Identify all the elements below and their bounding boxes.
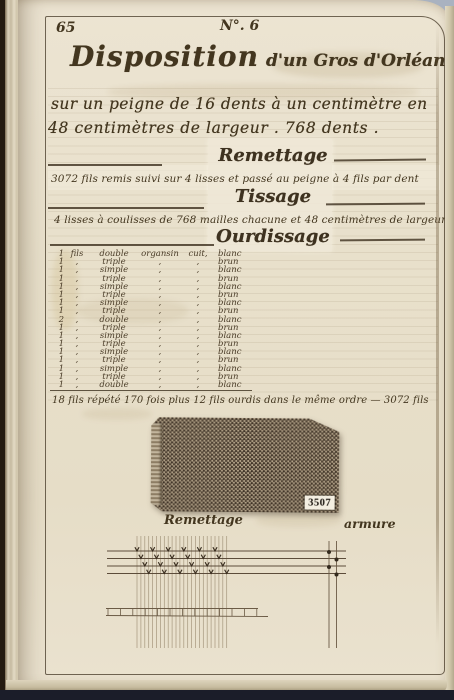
section-heading-remettage: Remettage	[168, 145, 378, 166]
warp-table: 1filsdoubleorgansincuit,blanc1,triple,,b…	[54, 250, 256, 389]
armure-mark	[335, 573, 339, 577]
divider-rule	[50, 244, 214, 246]
fabric-swatch-weave: 3507	[151, 417, 340, 513]
table-cell: blanc	[214, 381, 256, 389]
remettage-text: 3072 fils remis suivi sur 4 lisses et pa…	[51, 173, 419, 185]
page-title-rest: d'un Gros d'Orléan	[266, 51, 446, 71]
table-cell: ,	[182, 381, 214, 389]
divider-rule	[48, 164, 162, 166]
plate-number: N°. 6	[220, 18, 259, 34]
reed-bottom-line	[106, 616, 268, 617]
divider-rule	[48, 207, 204, 209]
page-title-lead: Disposition	[70, 40, 259, 73]
table-cell: 1	[54, 381, 64, 389]
fabric-swatch: 3507	[151, 417, 340, 513]
draft-diagram-svg	[18, 530, 454, 662]
page-edges-right	[445, 6, 454, 694]
table-cell: ,	[64, 381, 90, 389]
table-cell: double	[90, 381, 138, 389]
page-seam-right	[436, 24, 439, 644]
book-cover-bottom	[0, 690, 454, 700]
subtitle-line-2: 48 centimètres de largeur . 768 dents .	[48, 119, 379, 137]
table-cell: ,	[138, 381, 182, 389]
armure-mark	[327, 565, 331, 569]
diagram-label-armure: armure	[344, 516, 396, 531]
armure-mark	[327, 550, 331, 554]
warp-summary-line: 18 fils répété 170 fois plus 12 fils our…	[52, 395, 429, 406]
manuscript-page: 65 N°. 6 Dispositiond'un Gros d'Orléan s…	[18, 0, 448, 690]
sample-number-tag: 3507	[305, 496, 335, 510]
armure-mark	[335, 558, 339, 562]
table-row: 1,double,,blanc	[54, 381, 256, 389]
folio-number: 65	[56, 20, 75, 36]
diagram-label-remettage: Remettage	[164, 513, 243, 528]
table-bottom-rule	[50, 390, 252, 391]
subtitle-line-1: sur un peigne de 16 dents à un centimètr…	[51, 95, 428, 113]
swatch-selvage	[151, 423, 163, 505]
page-title: Dispositiond'un Gros d'Orléan	[70, 40, 426, 73]
tissage-text: 4 lisses à coulisses de 768 mailles chac…	[54, 214, 446, 226]
